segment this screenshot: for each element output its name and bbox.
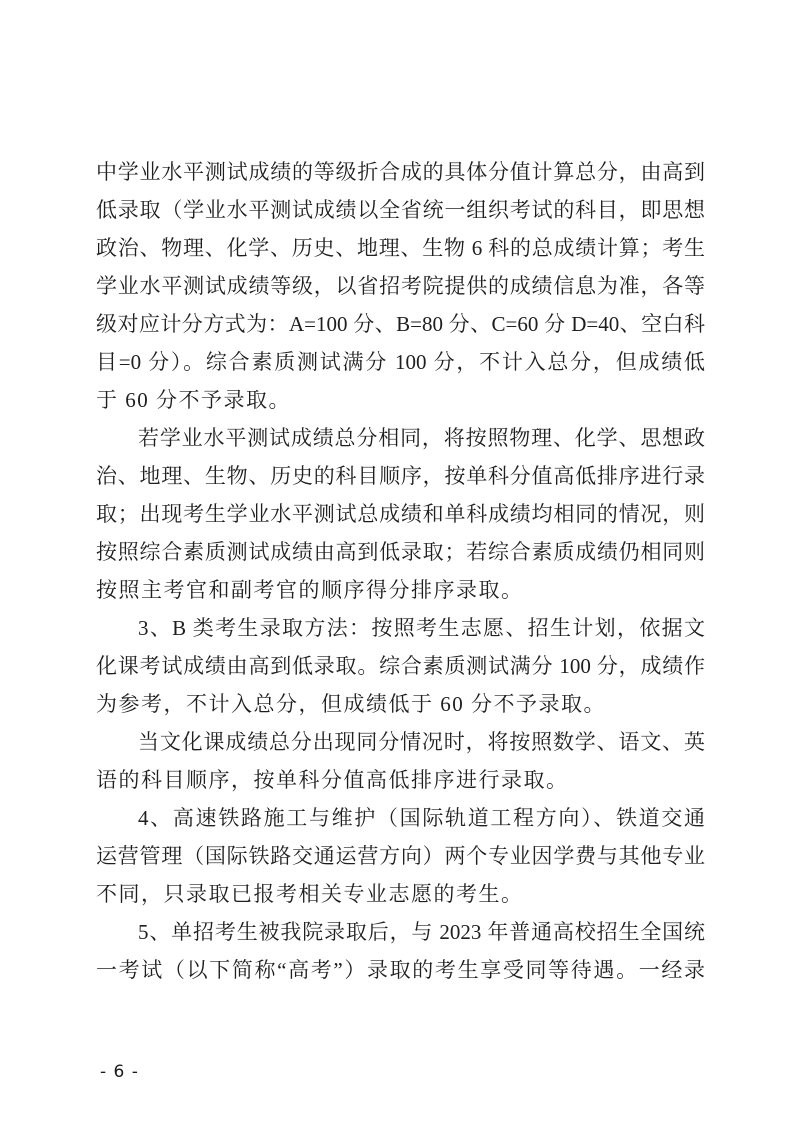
page-number: - 6 - — [100, 1062, 139, 1082]
document-line: 当文化课成绩总分出现同分情况时，将按照数学、语文、英 — [96, 723, 705, 761]
document-line: 按照主考官和副考官的顺序得分排序录取。 — [96, 571, 705, 609]
document-line: 语的科目顺序，按单科分值高低排序进行录取。 — [96, 761, 705, 799]
document-line: 政治、物理、化学、历史、地理、生物 6 科的总成绩计算；考生 — [96, 229, 705, 267]
paragraph: 若学业水平测试成绩总分相同，将按照物理、化学、思想政 治、地理、生物、历史的科目… — [96, 419, 705, 609]
document-line: 5、单招考生被我院录取后，与 2023 年普通高校招生全国统 — [96, 913, 705, 951]
document-line: 级对应计分方式为：A=100 分、B=80 分、C=60 分 D=40、空白科 — [96, 305, 705, 343]
document-line: 按照综合素质测试成绩由高到低录取；若综合素质成绩仍相同则 — [96, 533, 705, 571]
paragraph: 5、单招考生被我院录取后，与 2023 年普通高校招生全国统 一考试（以下简称“… — [96, 913, 705, 989]
document-line: 化课考试成绩由高到低录取。综合素质测试满分 100 分，成绩作 — [96, 647, 705, 685]
document-line: 中学业水平测试成绩的等级折合成的具体分值计算总分，由高到 — [96, 153, 705, 191]
document-line: 3、B 类考生录取方法：按照考生志愿、招生计划，依据文 — [96, 609, 705, 647]
document-line: 4、高速铁路施工与维护（国际轨道工程方向）、铁道交通 — [96, 799, 705, 837]
document-line: 学业水平测试成绩等级，以省招考院提供的成绩信息为准，各等 — [96, 267, 705, 305]
document-line: 低录取（学业水平测试成绩以全省统一组织考试的科目，即思想 — [96, 191, 705, 229]
paragraph: 4、高速铁路施工与维护（国际轨道工程方向）、铁道交通 运营管理（国际铁路交通运营… — [96, 799, 705, 913]
document-line: 一考试（以下简称“高考”）录取的考生享受同等待遇。一经录 — [96, 951, 705, 989]
document-line: 治、地理、生物、历史的科目顺序，按单科分值高低排序进行录 — [96, 457, 705, 495]
document-line: 取；出现考生学业水平测试总成绩和单科成绩均相同的情况，则 — [96, 495, 705, 533]
paragraph: 当文化课成绩总分出现同分情况时，将按照数学、语文、英 语的科目顺序，按单科分值高… — [96, 723, 705, 799]
paragraph: 中学业水平测试成绩的等级折合成的具体分值计算总分，由高到 低录取（学业水平测试成… — [96, 153, 705, 419]
paragraph: 3、B 类考生录取方法：按照考生志愿、招生计划，依据文 化课考试成绩由高到低录取… — [96, 609, 705, 723]
document-text-block: 中学业水平测试成绩的等级折合成的具体分值计算总分，由高到 低录取（学业水平测试成… — [96, 153, 705, 989]
document-page: 中学业水平测试成绩的等级折合成的具体分值计算总分，由高到 低录取（学业水平测试成… — [0, 0, 800, 1132]
document-line: 运营管理（国际铁路交通运营方向）两个专业因学费与其他专业 — [96, 837, 705, 875]
document-line: 若学业水平测试成绩总分相同，将按照物理、化学、思想政 — [96, 419, 705, 457]
document-line: 为参考，不计入总分，但成绩低于 60 分不予录取。 — [96, 685, 705, 723]
document-line: 目=0 分）。综合素质测试满分 100 分，不计入总分，但成绩低 — [96, 343, 705, 381]
document-line: 不同，只录取已报考相关专业志愿的考生。 — [96, 875, 705, 913]
document-line: 于 60 分不予录取。 — [96, 381, 705, 419]
